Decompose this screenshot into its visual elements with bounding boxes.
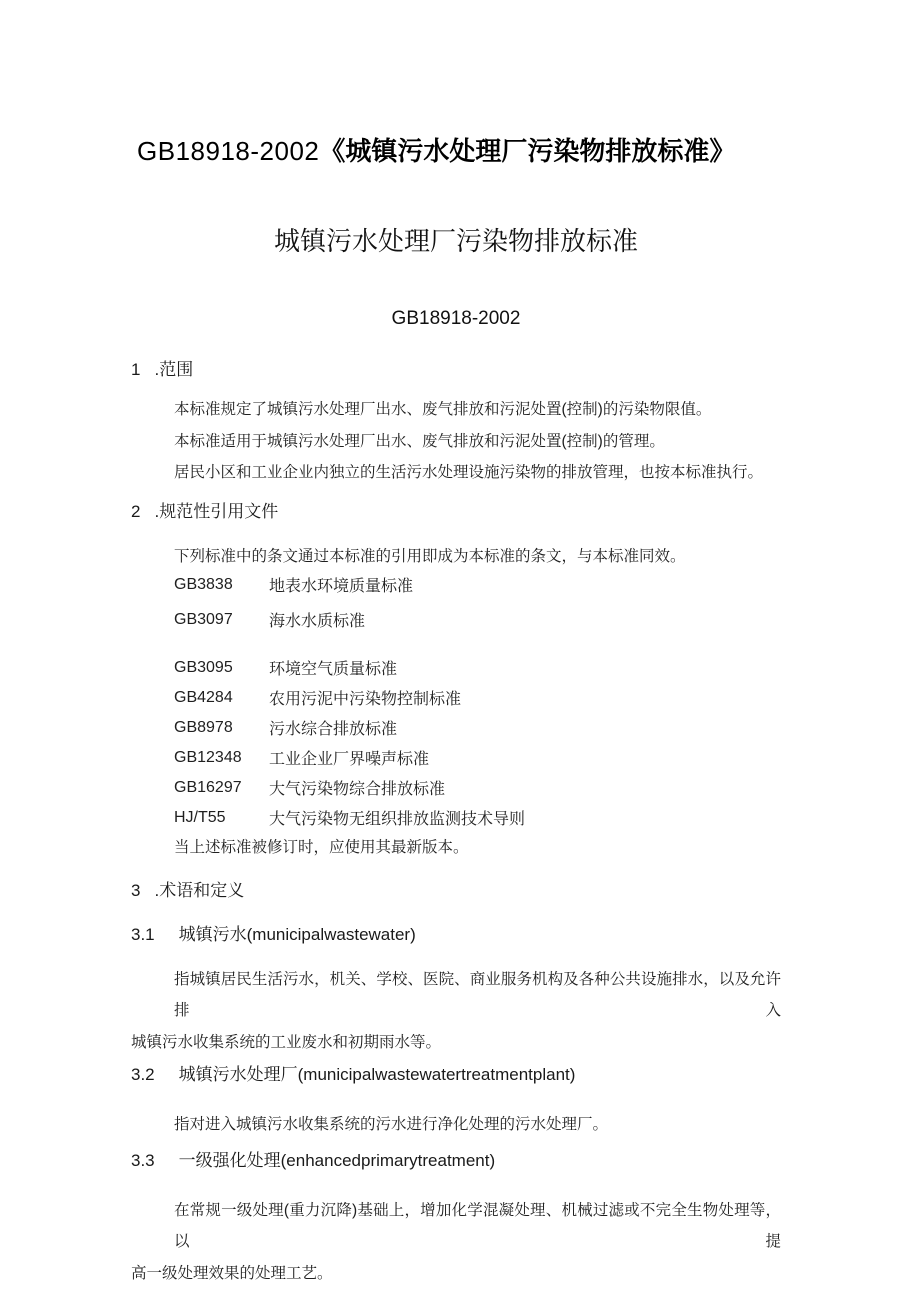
definition-text-line: 指对进入城镇污水收集系统的污水进行净化处理的污水处理厂。 — [131, 1109, 781, 1141]
standard-name: 农用污泥中污染物控制标准 — [269, 686, 461, 709]
definition-body: 指城镇居民生活污水，机关、学校、医院、商业服务机构及各种公共设施排水，以及允许排… — [131, 964, 781, 1059]
standard-row: GB4284 农用污泥中污染物控制标准 — [131, 683, 781, 713]
standard-row: GB8978 污水综合排放标准 — [131, 713, 781, 743]
standard-code: GB3838 — [174, 576, 269, 594]
section-3-heading: 3 .术语和定义 — [131, 879, 781, 903]
standard-name: 海水水质标准 — [269, 608, 365, 631]
standard-number: GB18918-2002 — [131, 306, 781, 332]
definition-body: 在常规一级处理(重力沉降)基础上，增加化学混凝处理、机械过滤或不完全生物处理等，… — [131, 1195, 781, 1290]
section-1-title: .范围 — [154, 358, 193, 382]
references-intro: 下列标准中的条文通过本标准的引用即成为本标准的条文，与本标准同效。 — [131, 544, 781, 570]
paragraph: 本标准规定了城镇污水处理厂出水、废气排放和污泥处置(控制)的污染物限值。 — [131, 394, 781, 426]
standard-code: GB16297 — [174, 779, 269, 797]
definition-term: 城镇污水(municipalwastewater) — [179, 923, 416, 947]
section-1-number: 1 — [131, 358, 140, 382]
document-title-code: GB18918-2002 — [137, 136, 319, 166]
section-2-heading: 2 .规范性引用文件 — [131, 500, 781, 524]
referenced-standards-list: GB3838 地表水环境质量标准 GB3097 海水水质标准 GB3095 环境… — [131, 570, 781, 833]
section-3-number: 3 — [131, 879, 140, 903]
standard-row: GB3838 地表水环境质量标准 — [131, 570, 781, 600]
section-1-body: 本标准规定了城镇污水处理厂出水、废气排放和污泥处置(控制)的污染物限值。 本标准… — [131, 394, 781, 489]
standard-code: GB4284 — [174, 689, 269, 707]
definition-text-line: 城镇污水收集系统的工业废水和初期雨水等。 — [131, 1027, 781, 1059]
definition-3-3: 3.3 一级强化处理(enhancedprimarytreatment) 在常规… — [131, 1149, 781, 1290]
definition-heading: 3.1 城镇污水(municipalwastewater) — [131, 923, 781, 947]
definition-number: 3.1 — [131, 923, 155, 947]
definition-number: 3.3 — [131, 1149, 155, 1173]
document-content: GB18918-2002《城镇污水处理厂污染物排放标准》 城镇污水处理厂污染物排… — [0, 134, 781, 1289]
standard-code: GB3097 — [174, 611, 269, 629]
definition-heading: 3.3 一级强化处理(enhancedprimarytreatment) — [131, 1149, 781, 1173]
standard-name: 大气污染物无组织排放监测技术导则 — [269, 806, 525, 829]
document-title: GB18918-2002《城镇污水处理厂污染物排放标准》 — [131, 134, 781, 168]
definition-text-line: 高一级处理效果的处理工艺。 — [131, 1258, 781, 1290]
standard-name: 工业企业厂界噪声标准 — [269, 746, 429, 769]
standard-row: GB3097 海水水质标准 — [131, 605, 781, 635]
paragraph: 本标准适用于城镇污水处理厂出水、废气排放和污泥处置(控制)的管理。 — [131, 426, 781, 458]
definition-text-line: 指城镇居民生活污水，机关、学校、医院、商业服务机构及各种公共设施排水，以及允许排… — [131, 964, 781, 1027]
section-3-title: .术语和定义 — [154, 879, 244, 903]
paragraph: 居民小区和工业企业内独立的生活污水处理设施污染物的排放管理，也按本标准执行。 — [131, 457, 781, 489]
definition-3-2: 3.2 城镇污水处理厂(municipalwastewatertreatment… — [131, 1063, 781, 1141]
definition-number: 3.2 — [131, 1063, 155, 1087]
standard-name: 大气污染物综合排放标准 — [269, 776, 445, 799]
document-page: GB18918-2002《城镇污水处理厂污染物排放标准》 城镇污水处理厂污染物排… — [0, 0, 920, 1301]
definition-3-1: 3.1 城镇污水(municipalwastewater) 指城镇居民生活污水，… — [131, 923, 781, 1059]
revision-note: 当上述标准被修订时，应使用其最新版本。 — [131, 833, 781, 863]
document-title-name: 《城镇污水处理厂污染物排放标准》 — [319, 136, 735, 166]
definition-term: 一级强化处理(enhancedprimarytreatment) — [179, 1149, 495, 1173]
section-2-title: .规范性引用文件 — [154, 500, 278, 524]
standard-row: GB3095 环境空气质量标准 — [131, 653, 781, 683]
definition-heading: 3.2 城镇污水处理厂(municipalwastewatertreatment… — [131, 1063, 781, 1087]
standard-name: 地表水环境质量标准 — [269, 573, 413, 596]
definition-body: 指对进入城镇污水收集系统的污水进行净化处理的污水处理厂。 — [131, 1109, 781, 1141]
standard-title: 城镇污水处理厂污染物排放标准 — [131, 224, 781, 258]
definition-text-line: 在常规一级处理(重力沉降)基础上，增加化学混凝处理、机械过滤或不完全生物处理等，… — [131, 1195, 781, 1258]
standard-name: 环境空气质量标准 — [269, 656, 397, 679]
standard-code: GB3095 — [174, 659, 269, 677]
standard-name: 污水综合排放标准 — [269, 716, 397, 739]
standard-code: HJ/T55 — [174, 809, 269, 827]
section-1-heading: 1 .范围 — [131, 358, 781, 382]
standard-code: GB12348 — [174, 749, 269, 767]
standard-row: HJ/T55 大气污染物无组织排放监测技术导则 — [131, 803, 781, 833]
definition-term: 城镇污水处理厂(municipalwastewatertreatmentplan… — [179, 1063, 576, 1087]
standard-row: GB12348 工业企业厂界噪声标准 — [131, 743, 781, 773]
section-2-number: 2 — [131, 500, 140, 524]
standard-code: GB8978 — [174, 719, 269, 737]
standard-row: GB16297 大气污染物综合排放标准 — [131, 773, 781, 803]
